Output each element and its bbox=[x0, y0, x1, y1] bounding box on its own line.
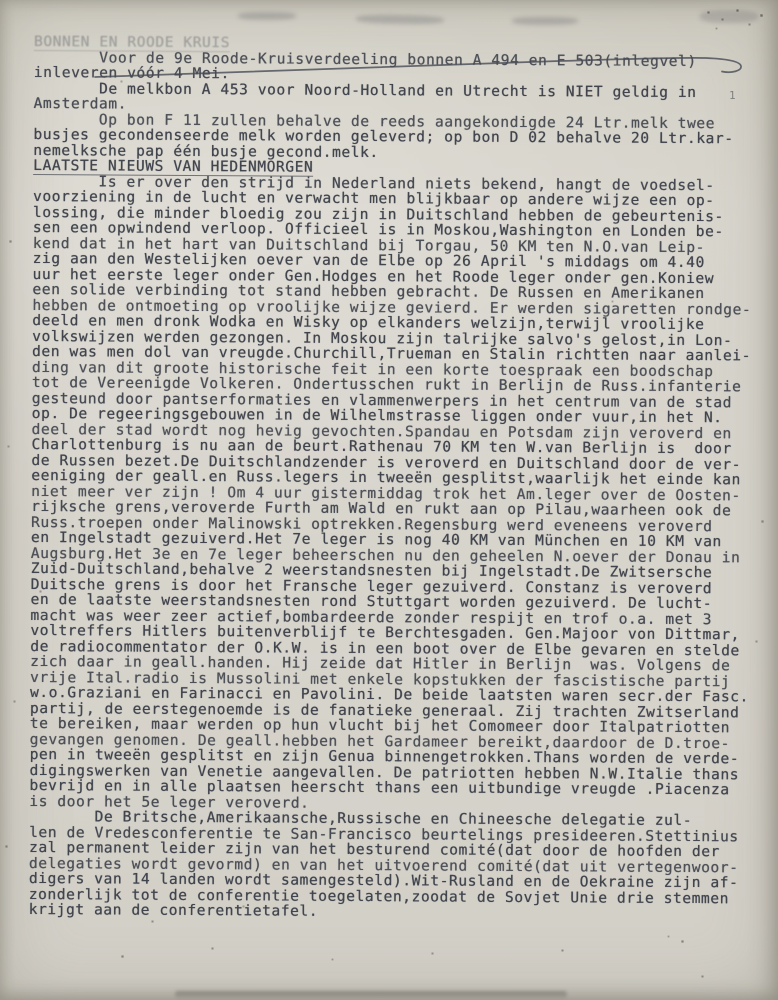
top-ink-smudge bbox=[238, 12, 296, 20]
scanned-document-page: BONNEN EN ROODE KRUIS Voor de 9e Roode-K… bbox=[0, 0, 778, 1000]
corner-ink-smudge bbox=[700, 10, 758, 23]
paper-edge-shadow bbox=[175, 991, 567, 998]
top-ink-smudge bbox=[512, 17, 578, 25]
text-line: krijgt aan de conferentietafel. bbox=[29, 902, 763, 922]
pen-margin-mark: 1 bbox=[729, 90, 736, 101]
document-text: BONNEN EN ROODE KRUIS Voor de 9e Roode-K… bbox=[29, 34, 768, 922]
top-ink-smudge bbox=[356, 14, 444, 25]
paper-speckles bbox=[0, 0, 1, 1]
